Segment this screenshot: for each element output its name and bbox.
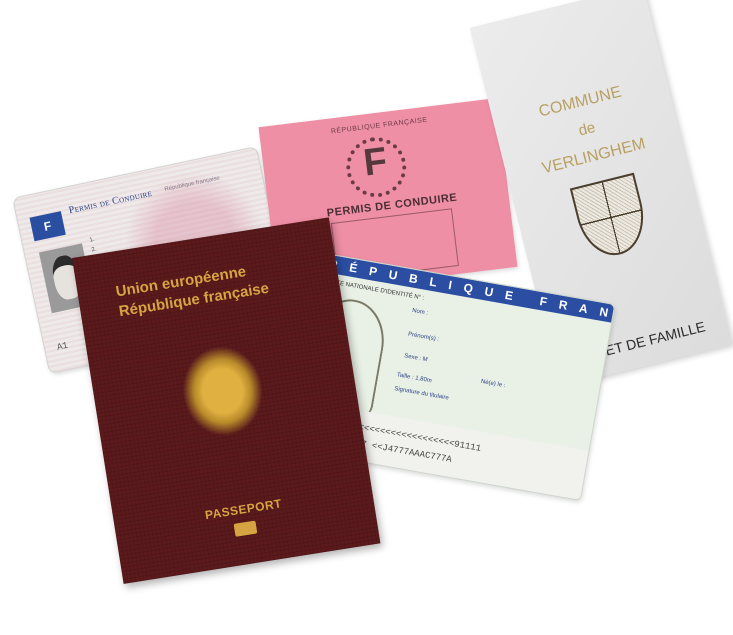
id-field-ne-le: Né(e) le : — [480, 379, 505, 389]
id-field-sexe: Sexe : M — [404, 353, 428, 363]
licence-code: A1 — [56, 341, 69, 353]
passport: Union européenne République française PA… — [72, 217, 380, 584]
id-field-signature: Signature du titulaire — [394, 386, 449, 401]
eu-flag-icon: F — [30, 211, 66, 241]
id-field-taille: Taille : 1,80m — [396, 372, 432, 384]
biometric-chip-icon — [234, 521, 258, 537]
id-field-nom: Nom : — [412, 308, 429, 317]
coat-of-arms-icon — [570, 173, 652, 263]
id-field-prenoms: Prénom(s) : — [407, 332, 439, 343]
licence-card-title: Permis de Conduire — [68, 188, 153, 216]
french-emblem-icon — [176, 340, 269, 441]
licence-card-subtitle: République française — [164, 175, 220, 193]
